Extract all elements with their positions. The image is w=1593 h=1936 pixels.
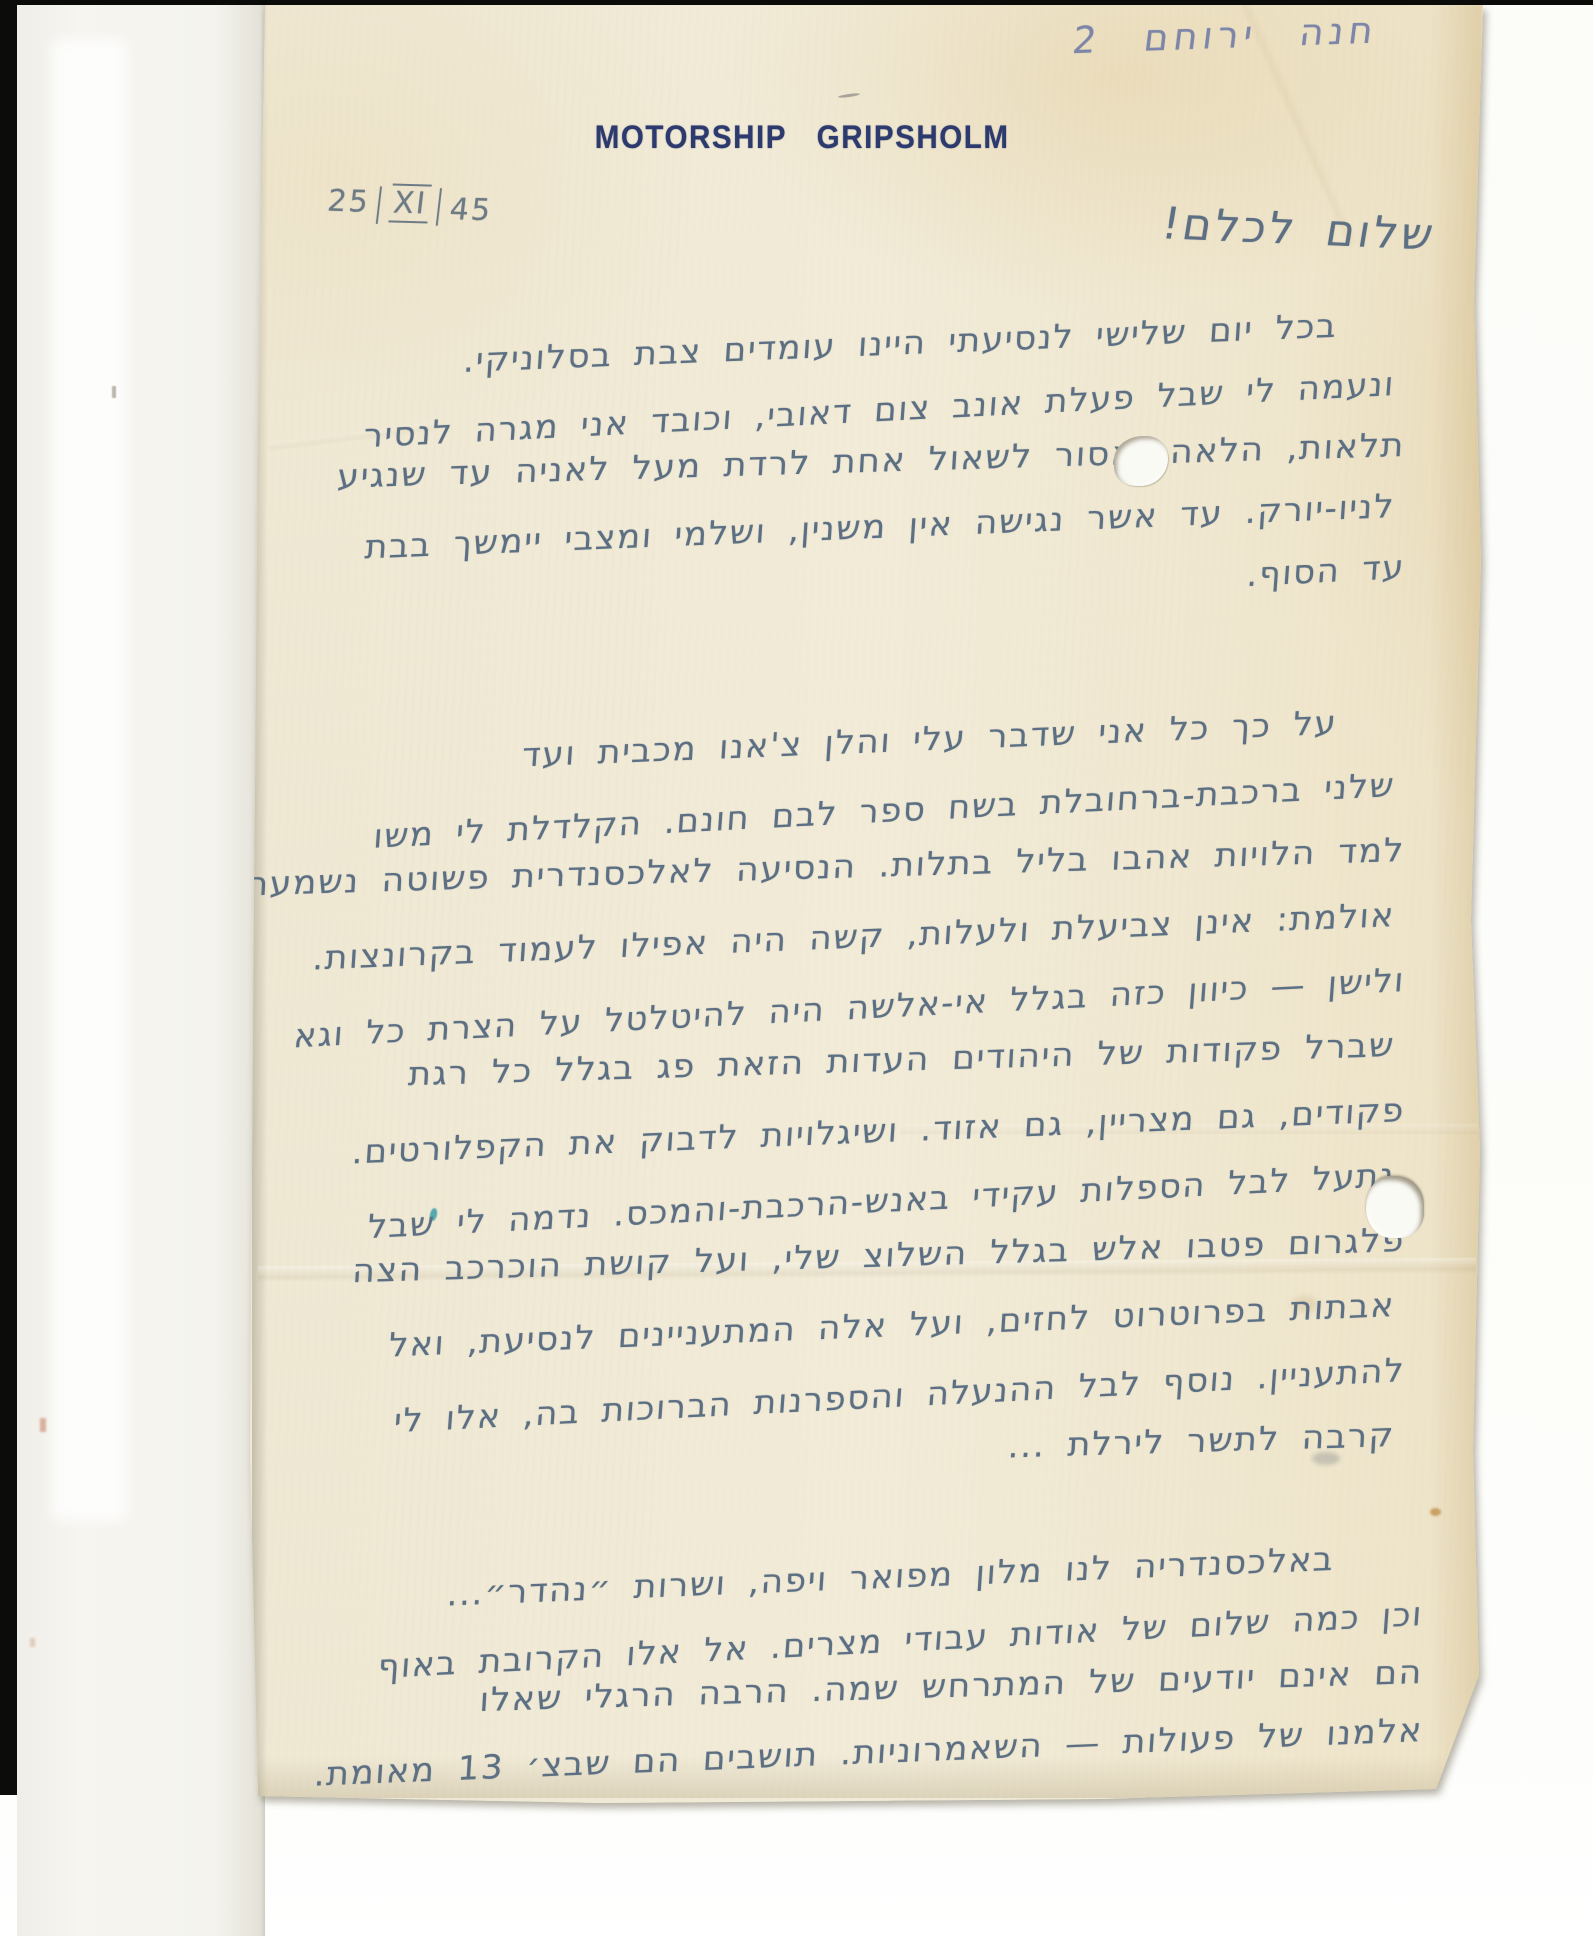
paragraph-2: על כך כל אני שדבר עלי והלן צ'אנו מכבית ו… — [235, 687, 1405, 1467]
top-right-annotation: חנה ירוחם 2 — [945, 8, 1380, 66]
date-day: 25 — [326, 184, 372, 220]
date-year: 45 — [448, 192, 494, 228]
paragraph-1: בכל יום שלישי לנסיעתי היינו עומדים צבת ב… — [235, 292, 1405, 597]
letter-paper: חנה ירוחם 2 MOTORSHIP GRIPSHOLM 25|XI|45… — [0, 0, 1593, 1936]
letterhead-title: MOTORSHIP GRIPSHOLM — [595, 120, 932, 157]
letter-paper-wrap: חנה ירוחם 2 MOTORSHIP GRIPSHOLM 25|XI|45… — [0, 0, 1593, 1936]
handwritten-date: 25|XI|45 — [325, 176, 495, 224]
paper-hole — [1366, 1176, 1424, 1238]
paragraph-3: באלכסנדריה לנו מלון מפואר ויפה, ושרות ״נ… — [235, 1527, 1405, 1759]
date-month-roman: XI — [388, 183, 432, 223]
letter-body: בכל יום שלישי לנסיעתי היינו עומדים צבת ב… — [235, 292, 1405, 1759]
scan-frame-top — [0, 0, 1593, 5]
pencil-mark — [838, 92, 860, 98]
letter-scan: חנה ירוחם 2 MOTORSHIP GRIPSHOLM 25|XI|45… — [0, 0, 1593, 1936]
greeting-line: שלום לכלם! — [1158, 198, 1440, 260]
scan-frame-left — [0, 0, 17, 1795]
paper-right-edge-tan — [1430, 5, 1482, 1791]
